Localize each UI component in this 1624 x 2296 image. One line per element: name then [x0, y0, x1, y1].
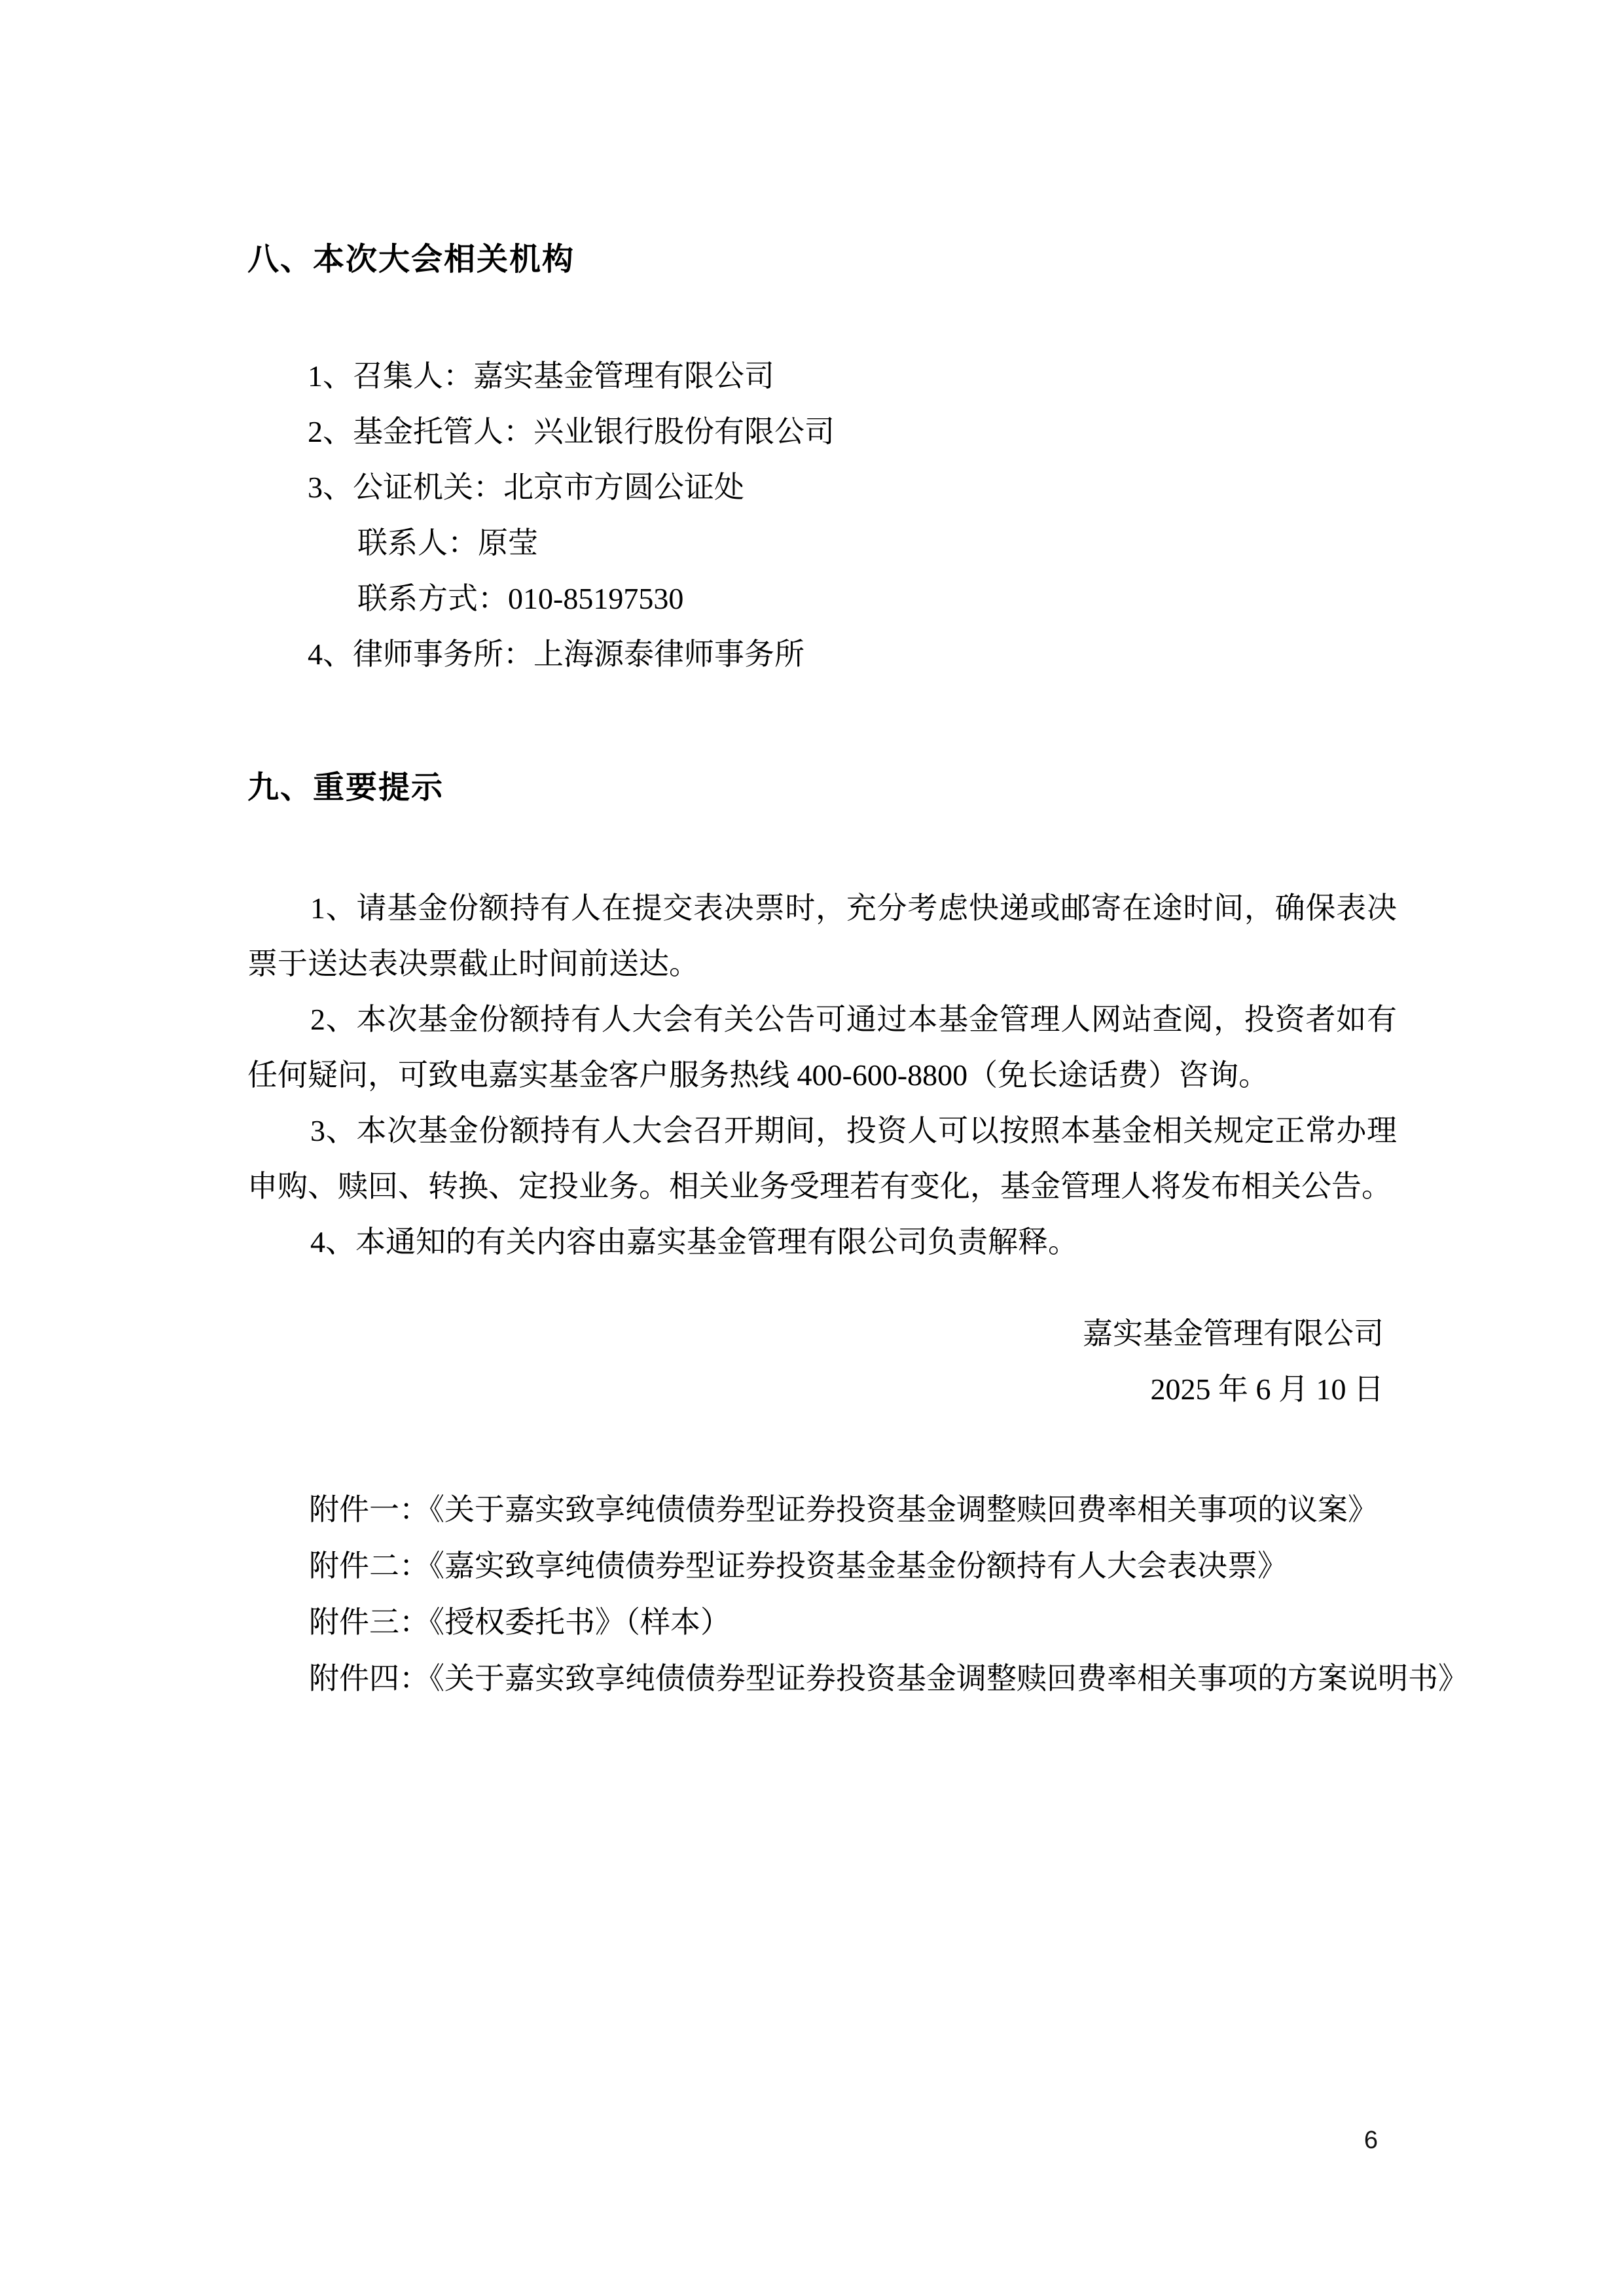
attachments-list: 附件一：《关于嘉实致享纯债债券型证券投资基金调整赎回费率相关事项的议案》 附件二… [247, 1482, 1397, 1707]
signature-block: 嘉实基金管理有限公司 2025 年 6 月 10 日 [247, 1306, 1397, 1417]
org-item-contact-phone: 联系方式：010-85197530 [247, 571, 1397, 626]
attachment-1: 附件一：《关于嘉实致享纯债债券型证券投资基金调整赎回费率相关事项的议案》 [247, 1482, 1397, 1538]
org-item-notary: 3、公证机关：北京市方圆公证处 [247, 459, 1397, 515]
notice-paragraph-2: 2、本次基金份额持有人大会有关公告可通过本基金管理人网站查阅，投资者如有任何疑问… [247, 992, 1397, 1103]
notice-paragraph-1: 1、请基金份额持有人在提交表决票时，充分考虑快递或邮寄在途时间，确保表决票于送达… [247, 880, 1397, 992]
org-item-contact-person: 联系人：原莹 [247, 515, 1397, 571]
org-item-convener: 1、召集人：嘉实基金管理有限公司 [247, 348, 1397, 404]
section8-heading: 八、本次大会相关机构 [247, 240, 1397, 279]
org-item-law-firm: 4、律师事务所：上海源泰律师事务所 [247, 626, 1397, 682]
attachment-2: 附件二：《嘉实致享纯债债券型证券投资基金基金份额持有人大会表决票》 [247, 1538, 1397, 1594]
org-item-custodian: 2、基金托管人：兴业银行股份有限公司 [247, 404, 1397, 459]
document-page: 八、本次大会相关机构 1、召集人：嘉实基金管理有限公司 2、基金托管人：兴业银行… [0, 0, 1624, 2296]
document-content: 八、本次大会相关机构 1、召集人：嘉实基金管理有限公司 2、基金托管人：兴业银行… [247, 0, 1397, 1707]
section8-org-list: 1、召集人：嘉实基金管理有限公司 2、基金托管人：兴业银行股份有限公司 3、公证… [247, 348, 1397, 682]
signature-company: 嘉实基金管理有限公司 [247, 1306, 1384, 1361]
notice-paragraph-4: 4、本通知的有关内容由嘉实基金管理有限公司负责解释。 [247, 1214, 1397, 1270]
attachment-3: 附件三：《授权委托书》（样本） [247, 1594, 1397, 1651]
attachment-4: 附件四：《关于嘉实致享纯债债券型证券投资基金调整赎回费率相关事项的方案说明书》 [247, 1651, 1397, 1707]
page-number: 6 [1364, 2126, 1378, 2155]
notice-paragraph-3: 3、本次基金份额持有人大会召开期间，投资人可以按照本基金相关规定正常办理申购、赎… [247, 1103, 1397, 1214]
signature-date: 2025 年 6 月 10 日 [247, 1361, 1384, 1417]
section9-paragraphs: 1、请基金份额持有人在提交表决票时，充分考虑快递或邮寄在途时间，确保表决票于送达… [247, 880, 1397, 1270]
section9-heading: 九、重要提示 [247, 768, 1397, 808]
